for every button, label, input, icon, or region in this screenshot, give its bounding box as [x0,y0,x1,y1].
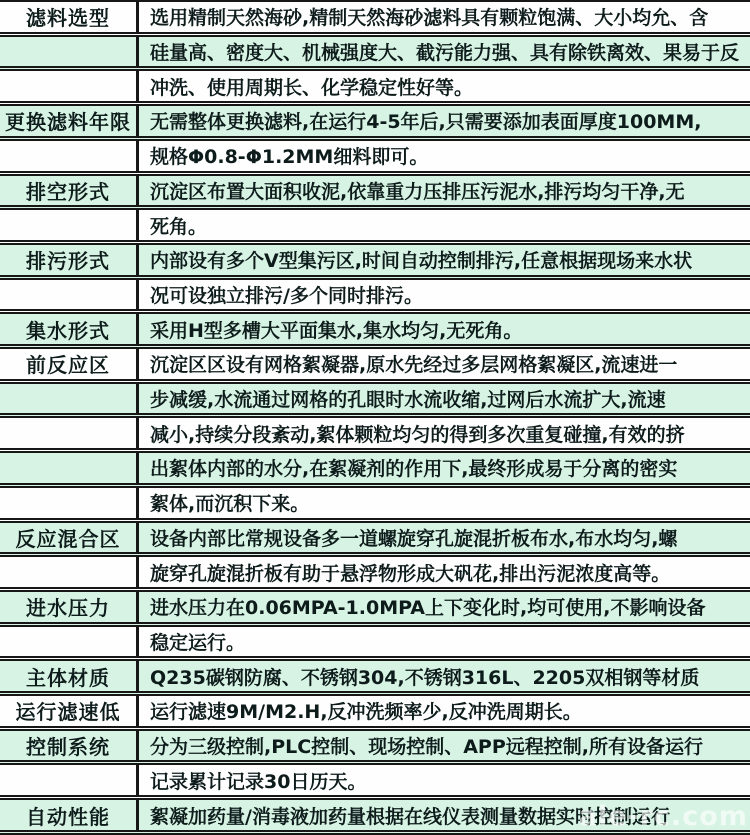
spec-text-cell: 絮凝加药量/消毒液加药量根据在线仪表测量数据实时控制运行 [139,800,750,830]
spec-label-cell: 集水形式 [0,314,139,344]
spec-label-cell [0,557,139,587]
table-row: 前反应区沉淀区区设有网格絮凝器,原水先经过多层网格絮凝区,流速进一 [0,349,750,384]
table-row: 排空形式沉淀区布置大面积收泥,依靠重力压排压污泥水,排污均匀干净,无 [0,176,750,211]
spec-text-cell: 规格Φ0.8-Φ1.2MM细料即可。 [139,141,750,171]
table-row: 死角。 [0,210,750,245]
spec-label-cell: 自动性能 [0,800,139,830]
spec-label-cell: 主体材质 [0,661,139,691]
table-row: 集水形式采用H型多槽大平面集水,集水均匀,无死角。 [0,314,750,349]
spec-text-cell: 分为三级控制,PLC控制、现场控制、APP远程控制,所有设备运行 [139,731,750,761]
spec-label-cell: 滤料选型 [0,2,139,32]
spec-label-cell [0,71,139,101]
spec-text-cell: 冲洗、使用周期长、化学稳定性好等。 [139,71,750,101]
spec-text-cell: 絮体,而沉积下来。 [139,488,750,518]
spec-text-cell: 设备内部比常规设备多一道螺旋穿孔旋混折板布水,布水均匀,螺 [139,523,750,553]
table-row: 反应混合区设备内部比常规设备多一道螺旋穿孔旋混折板布水,布水均匀,螺 [0,523,750,558]
table-row: 硅量高、密度大、机械强度大、截污能力强、具有除铁离效、果易于反 [0,37,750,72]
table-row: 出絮体内部的水分,在絮凝剂的作用下,最终形成易于分离的密实 [0,453,750,488]
spec-label-cell: 运行滤速低 [0,696,139,726]
table-row: 步减缓,水流通过网格的孔眼时水流收缩,过网后水流扩大,流速 [0,384,750,419]
spec-text-cell: 沉淀区区设有网格絮凝器,原水先经过多层网格絮凝区,流速进一 [139,349,750,379]
spec-label-cell [0,627,139,657]
table-row: 絮体,而沉积下来。 [0,488,750,523]
table-row: 控制系统分为三级控制,PLC控制、现场控制、APP远程控制,所有设备运行 [0,731,750,766]
spec-text-cell: 步减缓,水流通过网格的孔眼时水流收缩,过网后水流扩大,流速 [139,384,750,414]
spec-label-cell [0,37,139,67]
spec-label-cell [0,488,139,518]
table-row: 记录累计记录30日历天。 [0,765,750,800]
spec-text-cell: 出絮体内部的水分,在絮凝剂的作用下,最终形成易于分离的密实 [139,453,750,483]
table-row: 况可设独立排污/多个同时排污。 [0,280,750,315]
spec-label-cell: 排空形式 [0,176,139,206]
spec-text-cell: 旋穿孔旋混折板有助于悬浮物形成大矾花,排出污泥浓度高等。 [139,557,750,587]
spec-label-cell: 控制系统 [0,731,139,761]
spec-text-cell: 硅量高、密度大、机械强度大、截污能力强、具有除铁离效、果易于反 [139,37,750,67]
table-row: 旋穿孔旋混折板有助于悬浮物形成大矾花,排出污泥浓度高等。 [0,557,750,592]
spec-text-cell: 死角。 [139,210,750,240]
spec-text-cell: 采用H型多槽大平面集水,集水均匀,无死角。 [139,314,750,344]
spec-text-cell: 记录累计记录30日历天。 [139,765,750,795]
spec-text-cell: 选用精制天然海砂,精制天然海砂滤料具有颗粒饱满、大小均允、含 [139,2,750,32]
spec-label-cell: 前反应区 [0,349,139,379]
table-row: 主体材质Q235碳钢防腐、不锈钢304,不锈钢316L、2205双相钢等材质 [0,661,750,696]
table-row: 进水压力进水压力在0.06MPA-1.0MPA上下变化时,均可使用,不影响设备 [0,592,750,627]
spec-table: 滤料选型选用精制天然海砂,精制天然海砂滤料具有颗粒饱满、大小均允、含硅量高、密度… [0,0,750,835]
spec-label-cell: 排污形式 [0,245,139,275]
spec-text-cell: 稳定运行。 [139,627,750,657]
spec-text-cell: 沉淀区布置大面积收泥,依靠重力压排压污泥水,排污均匀干净,无 [139,176,750,206]
spec-text-cell: Q235碳钢防腐、不锈钢304,不锈钢316L、2205双相钢等材质 [139,661,750,691]
spec-text-cell: 况可设独立排污/多个同时排污。 [139,280,750,310]
spec-label-cell [0,453,139,483]
table-row: 排污形式内部设有多个V型集污区,时间自动控制排污,任意根据现场来水状 [0,245,750,280]
spec-label-cell: 反应混合区 [0,523,139,553]
table-row: 运行滤速低运行滤速9M/M2.H,反冲洗频率少,反冲洗周期长。 [0,696,750,731]
table-row: 规格Φ0.8-Φ1.2MM细料即可。 [0,141,750,176]
table-row: 稳定运行。 [0,627,750,662]
spec-label-cell [0,141,139,171]
spec-text-cell: 无需整体更换滤料,在运行4-5年后,只需要添加表面厚度100MM, [139,106,750,136]
spec-label-cell [0,280,139,310]
spec-text-cell: 运行滤速9M/M2.H,反冲洗频率少,反冲洗周期长。 [139,696,750,726]
table-row: 滤料选型选用精制天然海砂,精制天然海砂滤料具有颗粒饱满、大小均允、含 [0,2,750,37]
spec-label-cell: 更换滤料年限 [0,106,139,136]
table-row: 自动性能絮凝加药量/消毒液加药量根据在线仪表测量数据实时控制运行 [0,800,750,835]
table-row: 冲洗、使用周期长、化学稳定性好等。 [0,71,750,106]
spec-label-cell [0,210,139,240]
spec-text-cell: 内部设有多个V型集污区,时间自动控制排污,任意根据现场来水状 [139,245,750,275]
spec-label-cell: 进水压力 [0,592,139,622]
spec-label-cell [0,384,139,414]
spec-text-cell: 进水压力在0.06MPA-1.0MPA上下变化时,均可使用,不影响设备 [139,592,750,622]
table-row: 更换滤料年限无需整体更换滤料,在运行4-5年后,只需要添加表面厚度100MM, [0,106,750,141]
spec-label-cell [0,418,139,448]
table-row: 减小,持续分段紊动,絮体颗粒均匀的得到多次重复碰撞,有效的挤 [0,418,750,453]
spec-text-cell: 减小,持续分段紊动,絮体颗粒均匀的得到多次重复碰撞,有效的挤 [139,418,750,448]
spec-label-cell [0,765,139,795]
